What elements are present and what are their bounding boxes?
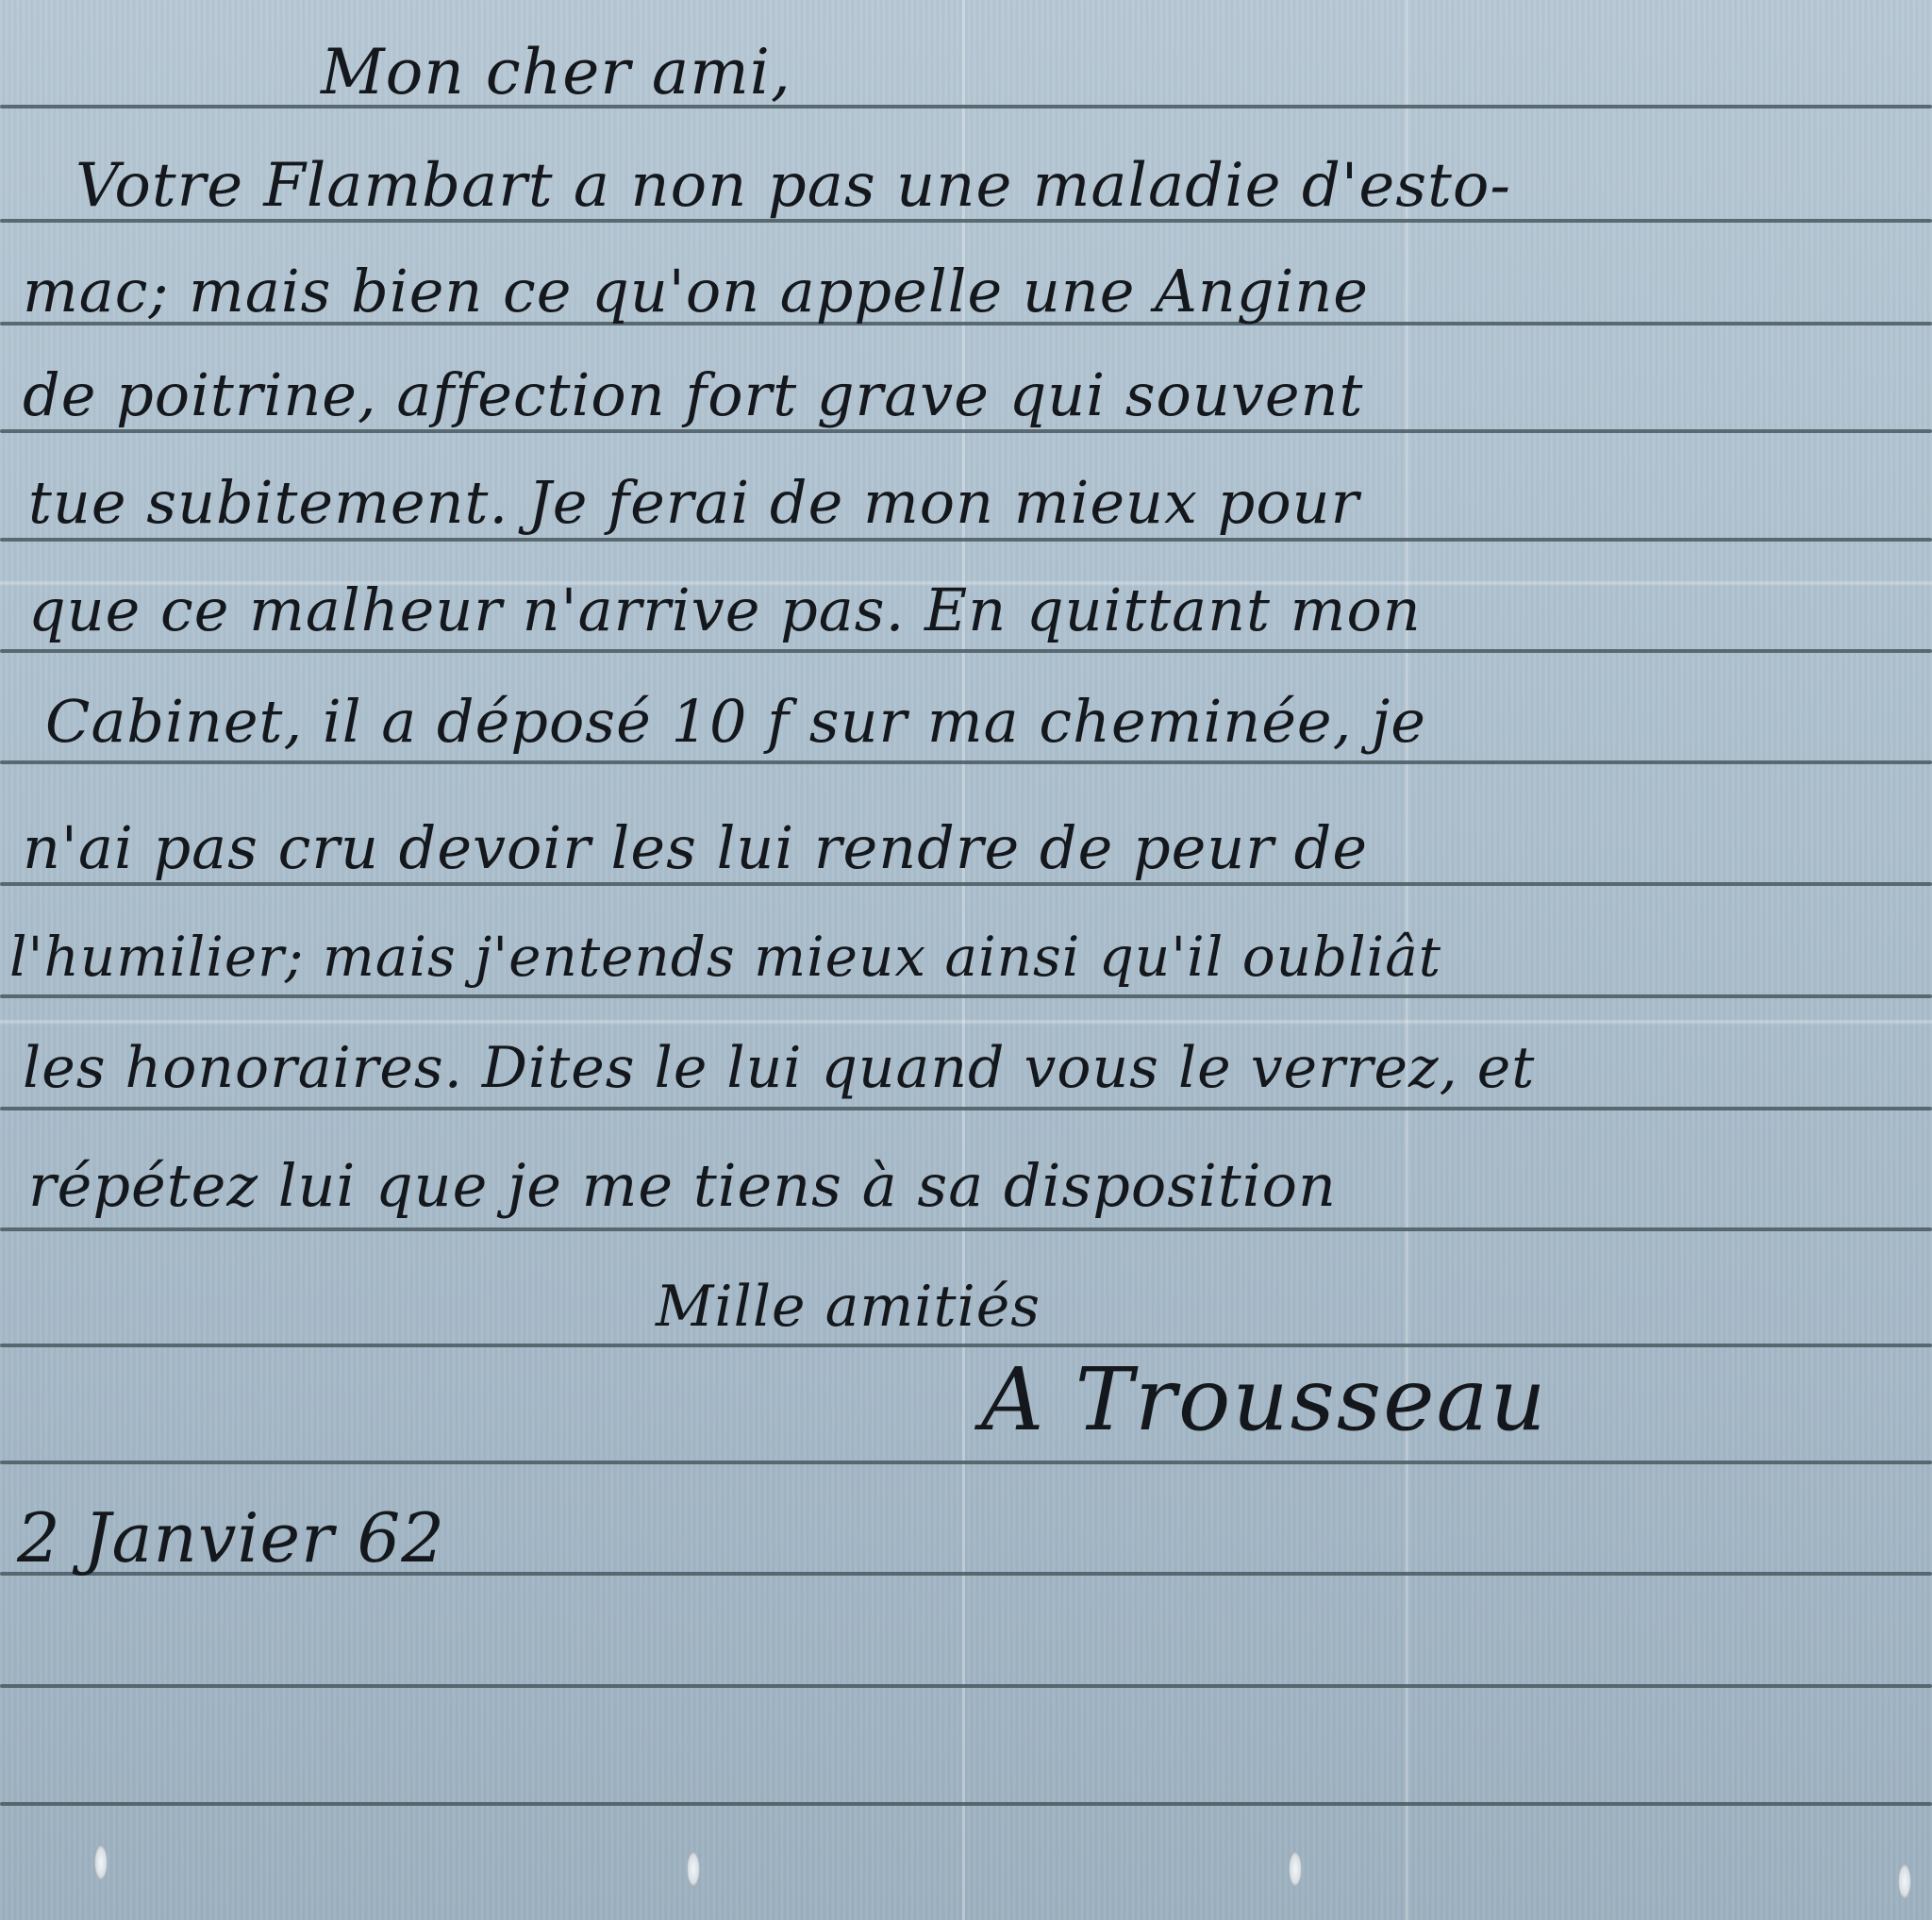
ruled-line xyxy=(0,1802,1932,1806)
ruled-line xyxy=(0,538,1932,542)
letter-line: mac; mais bien ce qu'on appelle une Angi… xyxy=(23,257,1369,326)
binding-hole xyxy=(1898,1863,1911,1899)
ruled-line xyxy=(0,994,1932,998)
signature: A Trousseau xyxy=(981,1349,1548,1450)
salutation: Mon cher ami, xyxy=(321,36,791,109)
binding-hole xyxy=(1289,1851,1302,1887)
date: 2 Janvier 62 xyxy=(17,1498,445,1578)
letter-line: que ce malheur n'arrive pas. En quittant… xyxy=(28,576,1422,644)
letter-line: tue subitement. Je ferai de mon mieux po… xyxy=(28,468,1359,537)
letter-line: n'ai pas cru devoir les lui rendre de pe… xyxy=(23,813,1368,882)
letter-line: l'humilier; mais j'entends mieux ainsi q… xyxy=(9,925,1441,989)
letter-line: de poitrine, affection fort grave qui so… xyxy=(23,360,1363,429)
ruled-line xyxy=(0,1344,1932,1347)
letter-line: Votre Flambart a non pas une maladie d'e… xyxy=(75,151,1511,221)
fold-crease-horizontal xyxy=(0,1019,1932,1025)
letter-line: Cabinet, il a déposé 10 f sur ma cheminé… xyxy=(45,687,1426,756)
ruled-line xyxy=(0,649,1932,653)
ruled-line xyxy=(0,1461,1932,1464)
ruled-line xyxy=(0,882,1932,886)
closing: Mille amitiés xyxy=(656,1274,1041,1340)
ruled-line xyxy=(0,1227,1932,1231)
ruled-line xyxy=(0,1684,1932,1688)
letter-page: Mon cher ami, Votre Flambart a non pas u… xyxy=(0,0,1932,1920)
ruled-line xyxy=(0,429,1932,433)
ruled-line xyxy=(0,105,1932,109)
ruled-line xyxy=(0,1107,1932,1110)
binding-hole xyxy=(687,1851,700,1887)
ruled-line xyxy=(0,760,1932,764)
letter-line: les honoraires. Dites le lui quand vous … xyxy=(23,1035,1535,1101)
letter-line: répétez lui que je me tiens à sa disposi… xyxy=(28,1151,1337,1220)
binding-hole xyxy=(94,1845,108,1880)
